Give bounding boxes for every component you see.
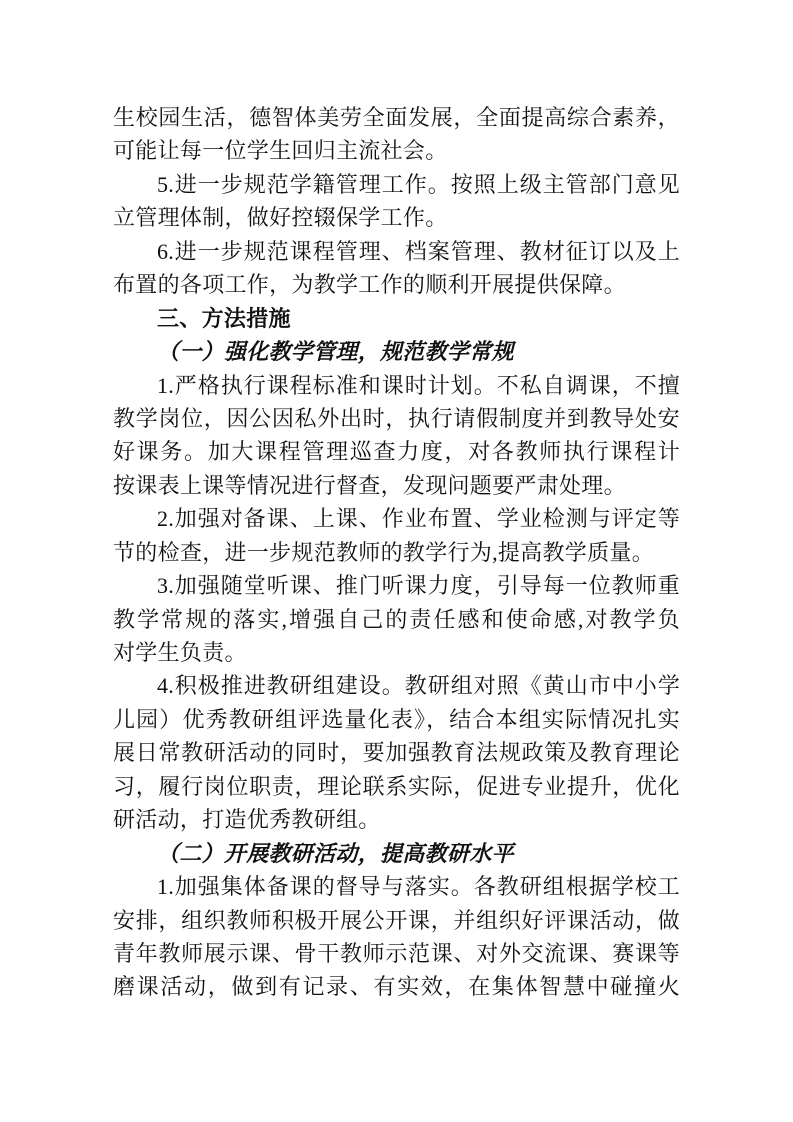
text-line: 布置的各项工作，为教学工作的顺利开展提供保障。 [113, 268, 680, 301]
section-heading: （二）开展教研活动，提高教研水平 [113, 837, 680, 870]
text-line: 教学常规的落实,增强自己的责任感和使命感,对教学负责， [113, 603, 680, 636]
text-line: 展日常教研活动的同时，要加强教育法规政策及教育理论学 [113, 736, 680, 769]
text-line: 节的检查，进一步规范教师的教学行为,提高教学质量。 [113, 536, 680, 569]
text-line: 立管理体制，做好控辍保学工作。 [113, 201, 680, 234]
text-line: 3.加强随堂听课、推门听课力度，引导每一位教师重视 [113, 569, 680, 602]
text-line: 对学生负责。 [113, 636, 680, 669]
text-line: 可能让每一位学生回归主流社会。 [113, 134, 680, 167]
text-line: 按课表上课等情况进行督查，发现问题要严肃处理。 [113, 469, 680, 502]
text-line: 研活动，打造优秀教研组。 [113, 803, 680, 836]
text-line: 生校园生活，德智体美劳全面发展，全面提高综合素养，尽 [113, 101, 680, 134]
text-line: 习，履行岗位职责，理论联系实际，促进专业提升，优化教 [113, 770, 680, 803]
text-line: 好课务。加大课程管理巡查力度，对各教师执行课程计划、 [113, 435, 680, 468]
text-line: 2.加强对备课、上课、作业布置、学业检测与评定等环 [113, 502, 680, 535]
text-line: 1.严格执行课程标准和课时计划。不私自调课，不擅离 [113, 369, 680, 402]
text-line: 5.进一步规范学籍管理工作。按照上级主管部门意见建 [113, 168, 680, 201]
document-body: 生校园生活，德智体美劳全面发展，全面提高综合素养，尽可能让每一位学生回归主流社会… [113, 101, 680, 1004]
text-line: 6.进一步规范课程管理、档案管理、教材征订以及上级 [113, 235, 680, 268]
text-line: 教学岗位，因公因私外出时，执行请假制度并到教导处安排 [113, 402, 680, 435]
text-line: 安排，组织教师积极开展公开课，并组织好评课活动，做好 [113, 904, 680, 937]
document-page: 生校园生活，德智体美劳全面发展，全面提高综合素养，尽可能让每一位学生回归主流社会… [0, 0, 793, 1122]
text-line: 青年教师展示课、骨干教师示范课、对外交流课、赛课等的 [113, 937, 680, 970]
text-line: 磨课活动，做到有记录、有实效，在集体智慧中碰撞火花， [113, 970, 680, 1003]
text-line: 儿园）优秀教研组评选量化表》，结合本组实际情况扎实开 [113, 703, 680, 736]
text-line: 4.积极推进教研组建设。教研组对照《黄山市中小学（幼 [113, 669, 680, 702]
text-line: 1.加强集体备课的督导与落实。各教研组根据学校工作 [113, 870, 680, 903]
section-heading: （一）强化教学管理，规范教学常规 [113, 335, 680, 368]
section-heading: 三、方法措施 [113, 302, 680, 335]
